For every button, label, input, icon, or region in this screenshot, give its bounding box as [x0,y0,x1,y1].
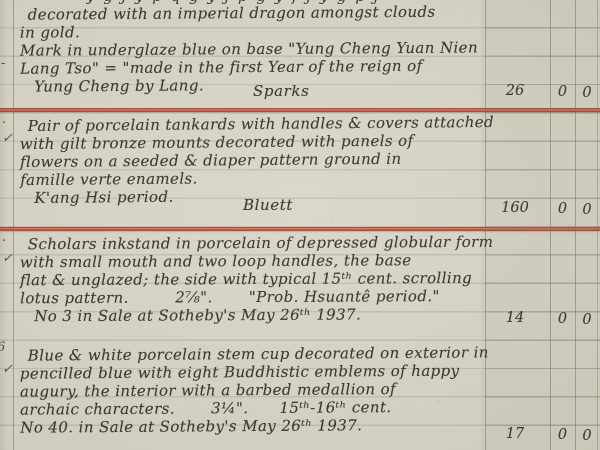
entry-line: Lang Tso" = "made in the first Year of t… [20,56,490,77]
price-pounds: 160 [487,200,543,216]
column-divider-pence [575,0,576,450]
buyer-name: Bluett [243,196,293,214]
margin-tick: - [1,56,5,71]
red-separator-line [0,227,600,231]
price-pence: 0 [575,85,599,101]
price-pounds: 26 [487,83,543,99]
price-shillings: 0 [550,201,575,217]
red-separator-line [0,108,600,112]
entry-line: No 3 in Sale at Sotheby's May 26ᵗʰ 1937. [20,305,490,325]
price-pence: 0 [575,312,599,328]
margin-line [13,0,14,450]
ledger-page: y g j y p q g y j p g y f j y g p j deco… [0,0,600,450]
margin-tick: ✓ [2,362,13,377]
entry-line: pencilled blue with eight Buddhistic emb… [20,361,490,382]
buyer-name: Sparks [253,82,309,100]
margin-tick: ✓ [2,131,13,146]
margin-tick: ✓ [2,251,13,266]
price-pounds: 17 [487,426,543,442]
entry-line: Scholars inkstand in porcelain of depres… [20,233,490,253]
entry-line: decorated with an imperial dragon amongs… [20,2,490,23]
price-pence: 0 [575,428,599,444]
page-edge-line [597,0,598,450]
margin-tick: . [2,112,6,127]
ledger-entry: Blue & white porcelain stem cup decorate… [20,343,491,436]
price-shillings: 0 [550,84,575,100]
price-shillings: 0 [550,427,575,443]
column-divider-shillings [550,0,551,450]
ruled-lines-price-columns [485,0,600,450]
margin-item-number: 6 [0,340,5,355]
ledger-entry: Pair of porcelain tankards with handles … [20,113,491,207]
price-shillings: 0 [550,311,575,327]
price-pence: 0 [575,202,599,218]
entry-line: lotus pattern. 2⅞". "Prob. Hsuantê perio… [20,287,490,307]
ledger-entry: Scholars inkstand in porcelain of depres… [20,233,490,325]
price-pounds: 14 [487,310,543,326]
entry-line: No 40. in Sale at Sotheby's May 26ᵗʰ 193… [20,415,490,436]
margin-tick: . [2,230,6,245]
